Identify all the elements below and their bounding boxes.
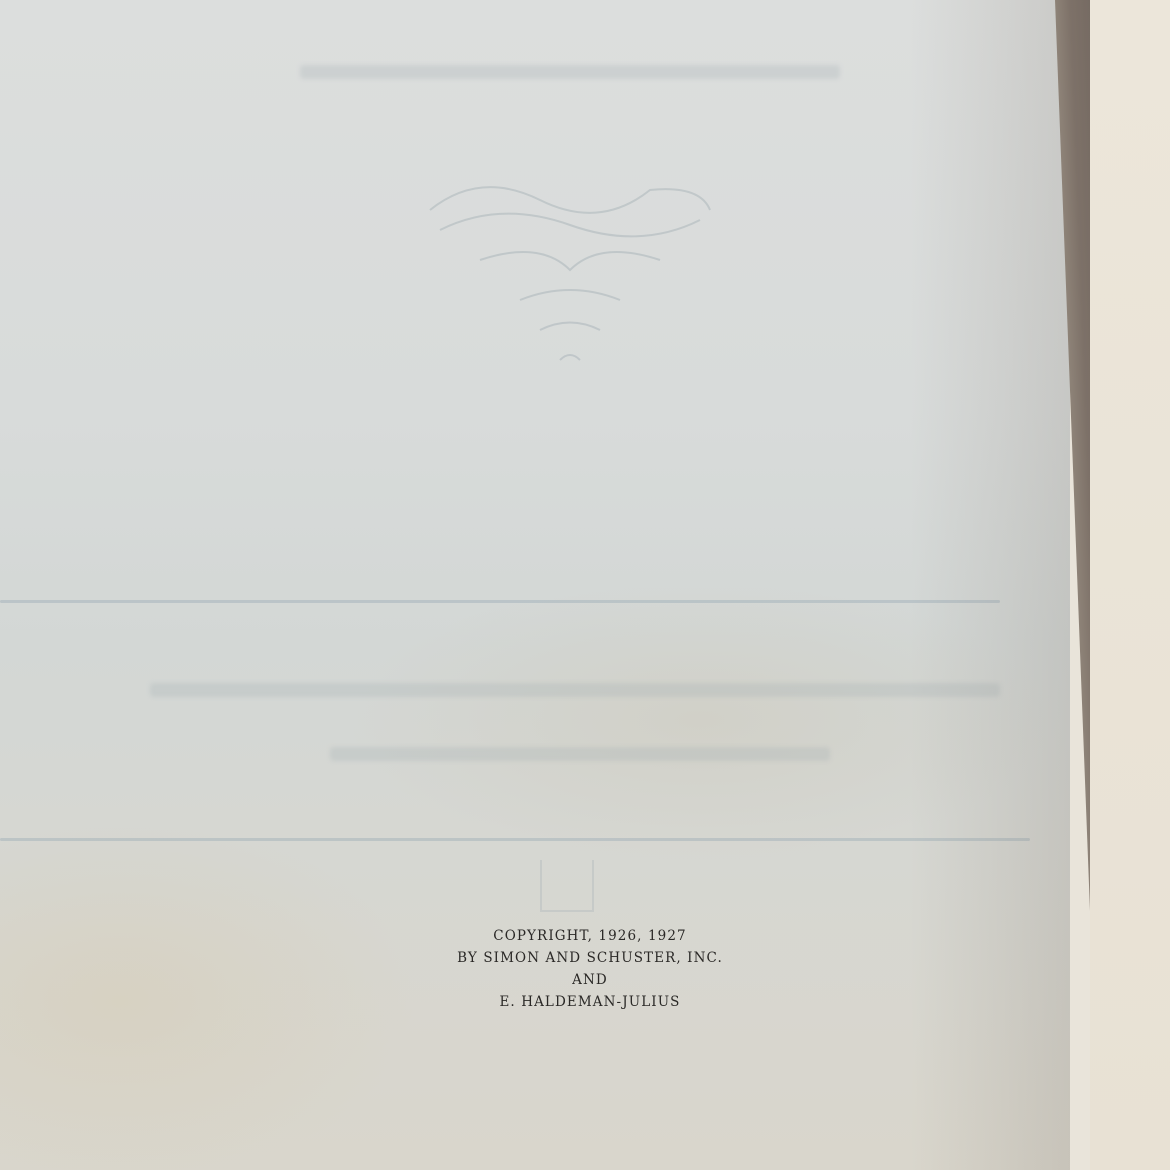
show-through-heading bbox=[300, 65, 840, 79]
show-through-ornament-icon bbox=[420, 150, 720, 380]
show-through-colophon-icon bbox=[540, 860, 594, 912]
background-surface bbox=[1090, 0, 1170, 1170]
publisher-line: BY SIMON AND SCHUSTER, INC. bbox=[380, 947, 800, 969]
show-through-location-line bbox=[330, 747, 830, 761]
copublisher-line: E. HALDEMAN-JULIUS bbox=[380, 991, 800, 1013]
copyright-line: COPYRIGHT, 1926, 1927 bbox=[380, 925, 800, 947]
book-page: COPYRIGHT, 1926, 1927 BY SIMON AND SCHUS… bbox=[0, 0, 1070, 1170]
conjunction-line: AND bbox=[380, 969, 800, 991]
show-through-publisher-line bbox=[150, 683, 1000, 697]
show-through-rule-bottom bbox=[0, 838, 1030, 841]
copyright-notice: COPYRIGHT, 1926, 1927 BY SIMON AND SCHUS… bbox=[380, 925, 800, 1013]
show-through-rule-top bbox=[0, 600, 1000, 603]
